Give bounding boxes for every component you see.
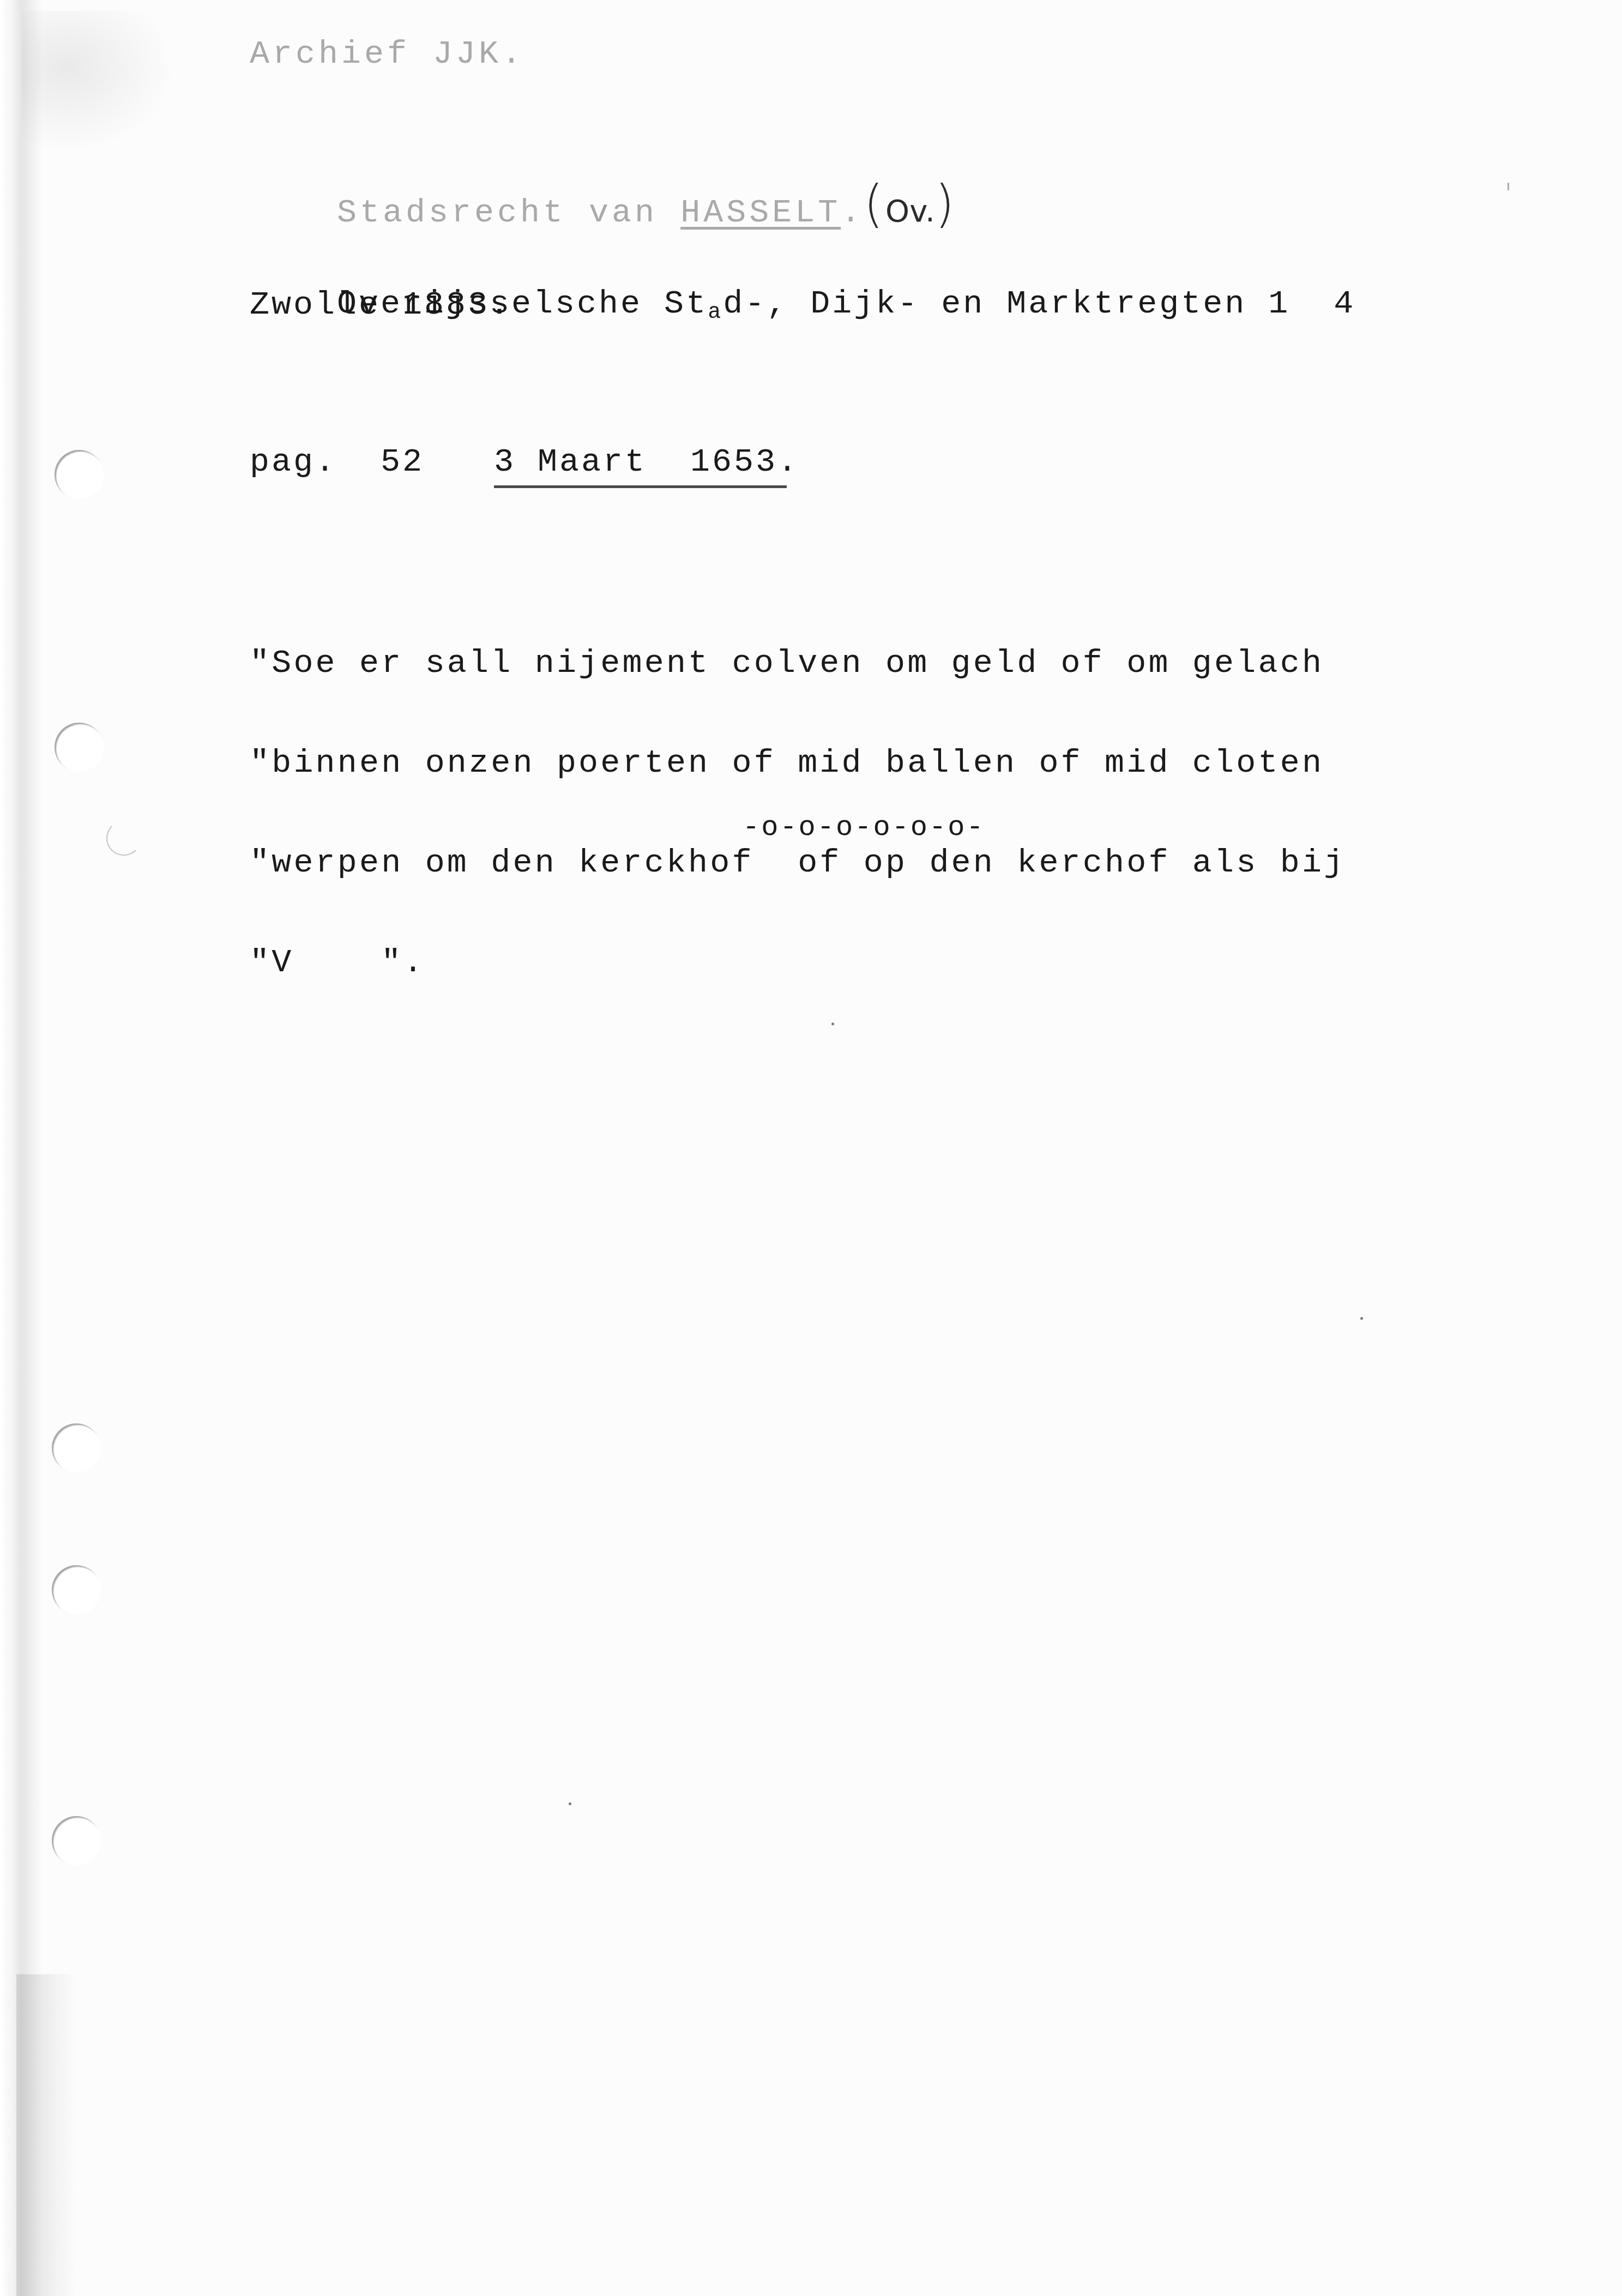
scan-speck [569,1802,571,1805]
subject-line: Stadsrecht van HASSELT.(Ov.) [250,155,957,262]
document-page: Archief JJK. Stadsrecht van HASSELT.(Ov.… [0,0,1622,2296]
paren-open: ( [864,175,885,233]
page-reference: pag. 52 [250,446,424,479]
date-heading: 3 Maart 1653. [494,446,799,479]
subject-suffix: . [841,195,864,232]
punch-hole-icon [52,1565,101,1614]
scan-smudge [16,1974,76,2296]
date-underline [494,485,787,488]
scan-edge-shadow [21,0,43,2296]
archive-label: Archief JJK. [250,38,524,71]
scan-smudge [22,11,174,153]
section-divider: -o-o-o-o-o-o- [743,812,985,844]
scan-speck [1360,1317,1363,1320]
paren-close: ) [935,175,957,233]
source-title-correction: a [708,300,723,325]
quote-line: "Soe er sall nijement colven om geld of … [250,647,1346,681]
quote-line: "V ". [250,947,1346,980]
source-title-part: d-, Dijk- en Marktregten 1 4 [723,286,1355,323]
quote-line: "werpen om den kerckhof of op den kercho… [250,847,1346,880]
punch-hole-icon [52,1816,101,1865]
source-imprint: Zwolle 1883. [250,289,511,322]
punch-hole-icon [52,1423,101,1472]
subject-prefix: Stadsrecht van [337,195,680,232]
scan-speck [1508,183,1509,190]
punch-hole-icon [55,723,104,772]
scan-edge [0,0,21,2296]
scan-speck [831,1023,834,1025]
subject-place: HASSELT [680,195,841,232]
punch-hole-icon [55,450,104,499]
punch-hole-ghost-icon [106,821,141,856]
quote-line: "binnen onzen poerten of mid ballen of m… [250,747,1346,780]
handwritten-note: Ov. [885,194,935,229]
